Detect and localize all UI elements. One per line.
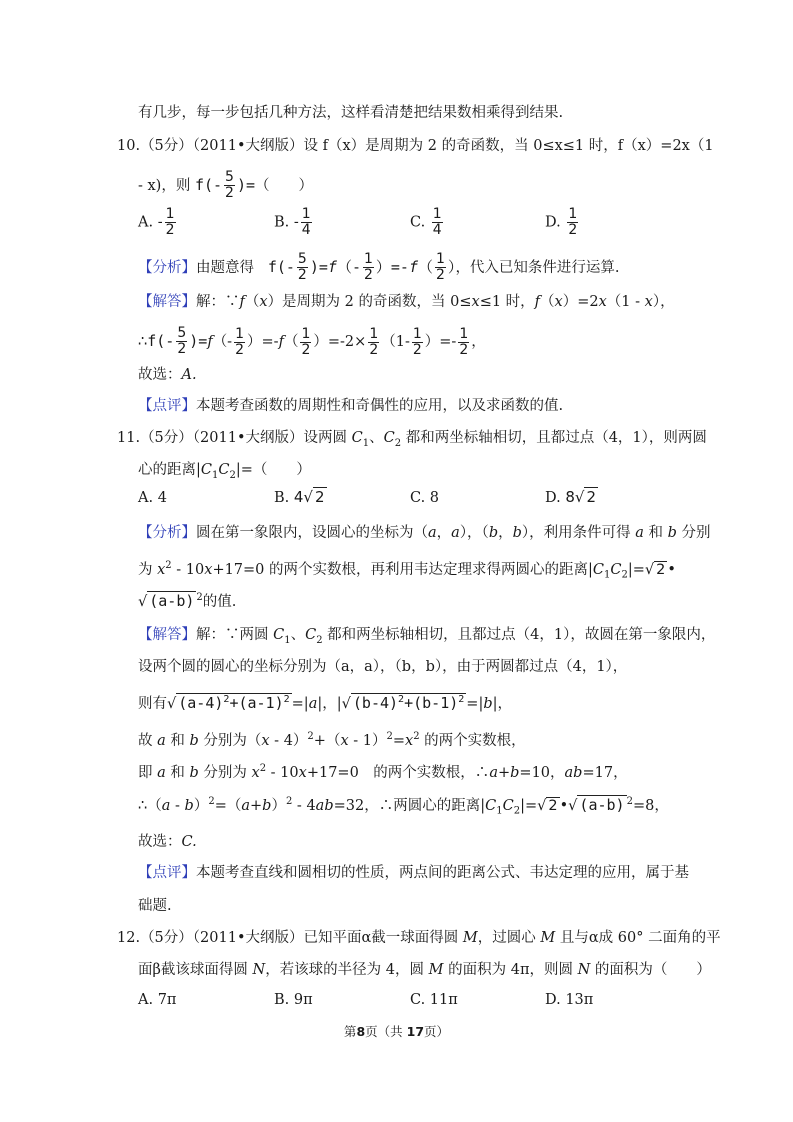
option-key: A. [138, 215, 153, 231]
comment-text: 本题考查直线和圆相切的性质，两点间的距离公式、韦达定理的应用，属于基 [196, 865, 689, 881]
question-score: （5分） [140, 430, 193, 446]
question-10-comment: 【点评】本题考查函数的周期性和奇偶性的应用，以及求函数的值. [138, 396, 563, 416]
option-key: C. [410, 992, 425, 1008]
question-source: （2011•大纲版） [193, 930, 304, 946]
option-key: D. [545, 215, 561, 231]
option-d: D. 12 [545, 207, 580, 238]
option-value: 4√2 [294, 488, 327, 506]
page-footer: 第8页（共 17页） [0, 1022, 793, 1040]
option-num: 1 [301, 207, 312, 223]
option-key: B. [274, 490, 289, 506]
option-b: B. 9π [274, 992, 313, 1008]
option-c: C. 8 [410, 490, 439, 506]
question-10-stem-line2: - x)，则 f(-52)=（ ） [138, 168, 313, 203]
option-value: 4 [158, 490, 167, 506]
option-b: B. -14 [274, 207, 314, 238]
question-10-stem-line1: 10.（5分）（2011•大纲版）设 f（x）是周期为 2 的奇函数，当 0≤x… [117, 136, 714, 156]
question-11-analysis-line1: 【分析】圆在第一象限内，设圆心的坐标为（a，a），（b，b），利用条件可得 a … [138, 523, 711, 543]
math-f-expression: f(-52)= [195, 176, 255, 194]
question-10-analysis: 【分析】由题意得 f(-52)=f（-12）=-f（12），代入已知条件进行运算… [138, 250, 620, 285]
answer-value: A. [182, 367, 197, 383]
option-key: B. [274, 215, 289, 231]
option-den: 2 [567, 223, 578, 238]
question-11-analysis-line3: √(a-b)2的值. [138, 588, 236, 612]
stem-text: - x)，则 [138, 178, 190, 194]
answer-prefix: 故选： [138, 367, 182, 383]
intro-continuation: 有几步，每一步包括几种方法，这样看清楚把结果数相乘得到结果. [138, 103, 563, 123]
question-11-solution-line6: ∴（a - b）2=（a+b）2 - 4ab=32，∴两圆心的距离|C1C2|=… [138, 792, 669, 822]
option-value: 11π [430, 992, 458, 1008]
option-key: C. [410, 215, 425, 231]
question-number: 11. [117, 430, 140, 446]
option-den: 4 [301, 223, 312, 238]
question-number: 10. [117, 138, 140, 154]
option-value: 9π [294, 992, 313, 1008]
question-11-comment-line2: 础题. [138, 896, 172, 916]
question-11-analysis-line2: 为 x2 - 10x+17=0 的两个实数根，再利用韦达定理求得两圆心的距离|C… [138, 556, 676, 586]
solution-tag: 【解答】 [138, 294, 196, 310]
question-score: （5分） [140, 930, 193, 946]
option-num: 1 [567, 207, 578, 223]
question-11-stem-line2: 心的距离|C1C2|=（ ） [138, 460, 311, 486]
question-12-stem-line1: 12.（5分）（2011•大纲版）已知平面α截一球面得圆 M，过圆心 M 且与α… [117, 928, 721, 948]
option-value: 7π [158, 992, 177, 1008]
analysis-lead: 由题意得 [196, 260, 254, 276]
option-sign: - [158, 215, 163, 231]
analysis-tag: 【分析】 [138, 525, 196, 541]
comment-tag: 【点评】 [138, 398, 196, 414]
current-page-number: 8 [356, 1024, 365, 1039]
option-key: C. [410, 490, 425, 506]
analysis-tag: 【分析】 [138, 260, 196, 276]
question-10-answer: 故选：A. [138, 365, 197, 385]
option-c: C. 14 [410, 207, 445, 238]
option-a: A. -12 [138, 207, 178, 238]
option-d: D. 8√2 [545, 488, 598, 506]
option-a: A. 7π [138, 992, 176, 1008]
math-expression: f(-52)=f（-12）=-f（12） [268, 258, 456, 276]
footer-prefix: 第 [344, 1024, 357, 1039]
option-key: D. [545, 490, 561, 506]
question-11-solution-line2: 设两个圆的圆心的坐标分别为（a，a），（b，b），由于两圆都过点（4，1）， [138, 657, 627, 677]
total-page-count: 17 [407, 1024, 424, 1039]
answer-value: C. [182, 834, 197, 850]
question-stem: 设 f（x）是周期为 2 的奇函数，当 0≤x≤1 时，f（x）=2x（1 [304, 138, 714, 154]
option-num: 1 [432, 207, 443, 223]
comment-tag: 【点评】 [138, 865, 196, 881]
question-11-solution-line3: 则有√(a-4)2+(a-1)2=|a|，|√(b-4)2+(b-1)2=|b|… [138, 690, 512, 714]
question-10-solution-line1: 【解答】解：∵f（x）是周期为 2 的奇函数，当 0≤x≤1 时，f（x）=2x… [138, 292, 675, 312]
question-11-answer: 故选：C. [138, 832, 197, 852]
question-11-stem-line1: 11.（5分）（2011•大纲版）设两圆 C1、C2 都和两坐标轴相切，且都过点… [117, 428, 707, 454]
question-11-solution-line5: 即 a 和 b 分别为 x2 - 10x+17=0 的两个实数根，∴a+b=10… [138, 759, 628, 783]
option-value: 8 [430, 490, 439, 506]
question-source: （2011•大纲版） [193, 138, 304, 154]
question-11-solution-line1: 【解答】解：∵两圆 C1、C2 都和两坐标轴相切，且都过点（4，1），故圆在第一… [138, 625, 715, 651]
question-10-solution-line2: ∴f(-52)=f（-12）=-f（12）=-2×12（1-12）=-12， [138, 323, 486, 360]
option-den: 2 [165, 223, 176, 238]
question-11-solution-line4: 故 a 和 b 分别为（x - 4）2+（x - 1）2=x2 的两个实数根， [138, 727, 526, 751]
question-number: 12. [117, 930, 140, 946]
option-key: B. [274, 992, 289, 1008]
option-value: 8√2 [565, 488, 598, 506]
option-c: C. 11π [410, 992, 458, 1008]
question-source: （2011•大纲版） [193, 430, 304, 446]
question-11-comment-line1: 【点评】本题考查直线和圆相切的性质，两点间的距离公式、韦达定理的应用，属于基 [138, 863, 689, 883]
footer-mid: 页（共 [365, 1024, 403, 1039]
option-d: D. 13π [545, 992, 593, 1008]
question-12-stem-line2: 面β截该球面得圆 N，若该球的半径为 4，圆 M 的面积为 4π，则圆 N 的面… [138, 960, 711, 980]
option-den: 4 [432, 223, 443, 238]
question-score: （5分） [140, 138, 193, 154]
answer-prefix: 故选： [138, 834, 182, 850]
option-key: D. [545, 992, 561, 1008]
option-key: A. [138, 992, 153, 1008]
footer-suffix: 页） [424, 1024, 449, 1039]
option-num: 1 [165, 207, 176, 223]
option-a: A. 4 [138, 490, 167, 506]
option-key: A. [138, 490, 153, 506]
option-value: 13π [565, 992, 593, 1008]
comment-text: 本题考查函数的周期性和奇偶性的应用，以及求函数的值. [196, 398, 563, 414]
option-b: B. 4√2 [274, 488, 327, 506]
option-sign: - [294, 215, 299, 231]
solution-tag: 【解答】 [138, 627, 196, 643]
analysis-tail: ，代入已知条件进行运算. [455, 260, 619, 276]
